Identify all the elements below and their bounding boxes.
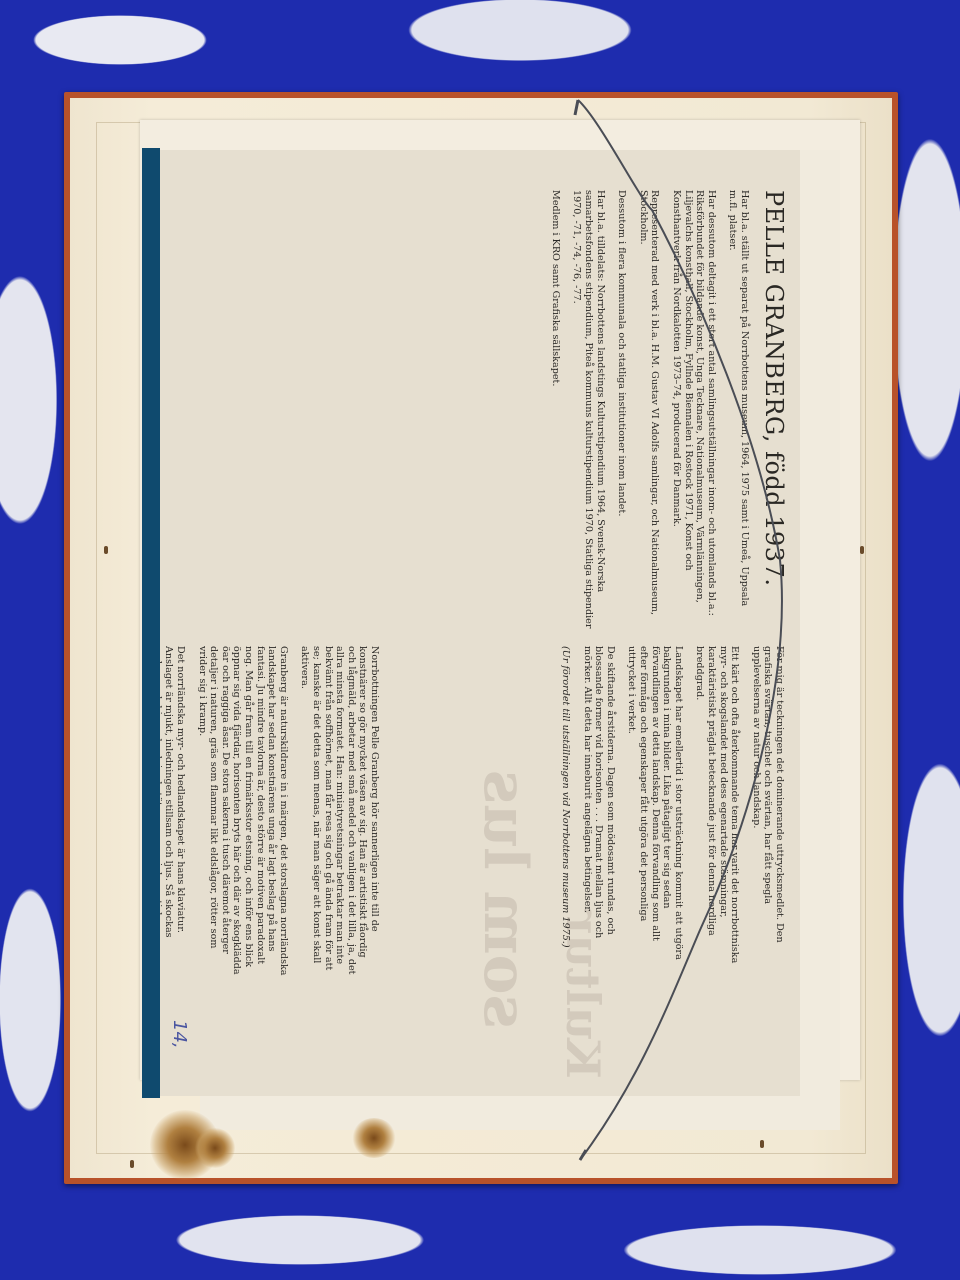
hanging-wire: [0, 0, 960, 1280]
